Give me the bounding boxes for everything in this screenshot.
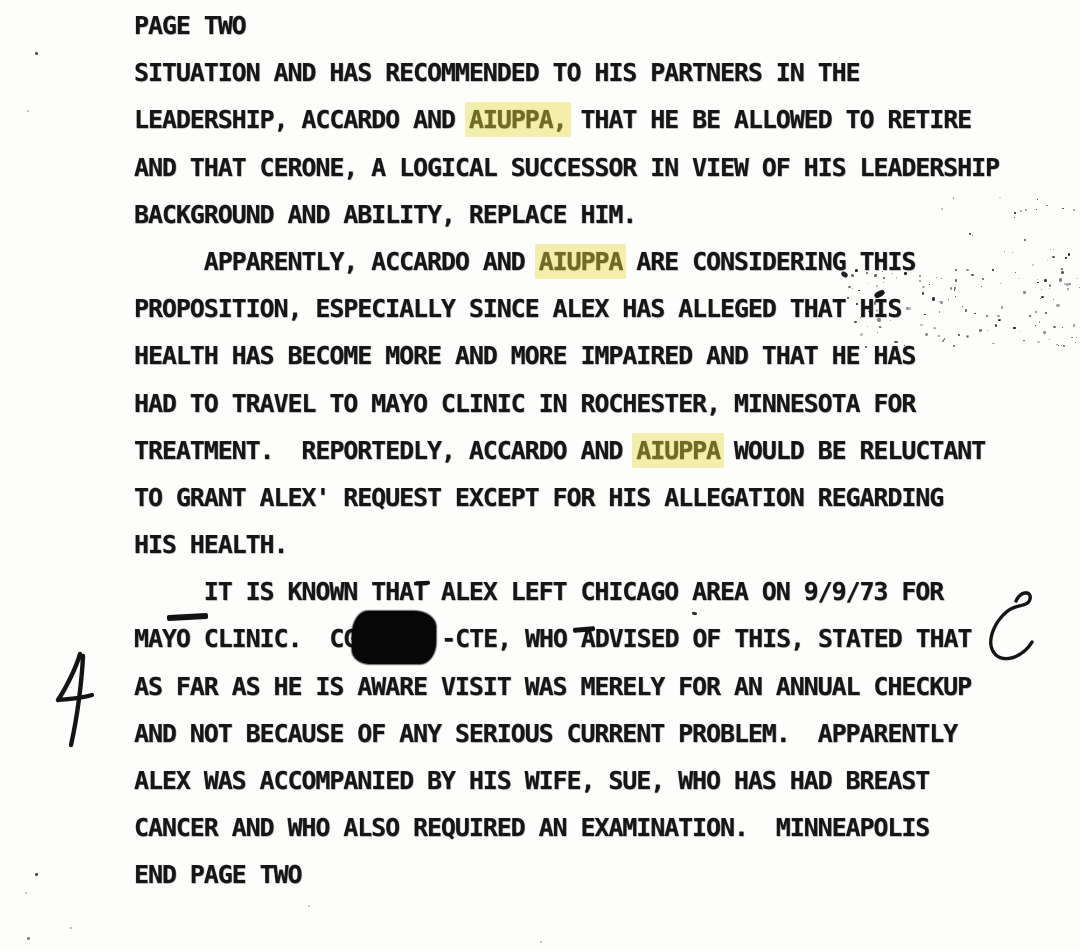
scan-speck [1059, 278, 1062, 281]
scan-speck [1014, 217, 1015, 218]
scan-speck [966, 335, 969, 338]
scan-speck [540, 941, 542, 943]
scan-speck [1037, 199, 1038, 200]
scan-speck [1013, 327, 1015, 329]
text-line: ALEX WAS ACCOMPANIED BY HIS WIFE, SUE, W… [134, 757, 999, 804]
scan-speck [877, 318, 880, 322]
scan-speck [1037, 282, 1038, 283]
scan-speck [883, 277, 885, 279]
typed-text: END PAGE TWO [134, 860, 301, 889]
typed-text: MAYO CLINIC. CG [134, 624, 357, 653]
scan-speck [876, 309, 878, 312]
scan-speck [1039, 321, 1041, 323]
text-line: HIS HEALTH. [134, 521, 999, 568]
scan-speck [892, 273, 893, 274]
scan-speck [953, 345, 955, 347]
typed-text: CANCER AND WHO ALSO REQUIRED AN EXAMINAT… [134, 813, 929, 842]
scan-speck [1073, 209, 1075, 211]
text-line: END PAGE TWO [134, 851, 999, 898]
scan-speck [1049, 339, 1050, 340]
text-line: APPARENTLY, ACCARDO AND AIUPPA ARE CONSI… [134, 238, 999, 285]
scan-speck [1073, 324, 1076, 327]
text-line: AS FAR AS HE IS AWARE VISIT WAS MERELY F… [134, 663, 999, 710]
scan-speck [971, 274, 973, 276]
highlighted-text: AIUPPA [535, 244, 627, 279]
scan-speck [1004, 251, 1005, 252]
scan-speck [1053, 326, 1055, 328]
scan-speck [1067, 248, 1068, 249]
scan-speck [1045, 312, 1048, 314]
scan-speck [1058, 345, 1059, 346]
typed-text: HIS HEALTH. [134, 530, 287, 559]
text-line: IT IS KNOWN THAT ALEX LEFT CHICAGO AREA … [134, 568, 999, 615]
scan-speck [1049, 284, 1052, 286]
typed-text: HAD TO TRAVEL TO MAYO CLINIC IN ROCHESTE… [134, 389, 915, 418]
scan-speck [1050, 249, 1051, 250]
scan-speck [1019, 278, 1020, 279]
scan-speck [904, 272, 907, 274]
scan-speck [851, 274, 854, 277]
typed-text: BACKGROUND AND ABILITY, REPLACE HIM. [134, 200, 636, 229]
typed-text: AND NOT BECAUSE OF ANY SERIOUS CURRENT P… [134, 719, 957, 748]
scan-speck [860, 333, 863, 335]
text-line: SITUATION AND HAS RECOMMENDED TO HIS PAR… [134, 49, 999, 96]
scan-speck [929, 284, 930, 285]
typed-text: SITUATION AND HAS RECOMMENDED TO HIS PAR… [134, 58, 859, 87]
scan-speck [1065, 257, 1067, 259]
scan-speck [1025, 209, 1026, 210]
text-line: MAYO CLINIC. CG-CTE, WHO ADVISED OF THIS… [134, 615, 999, 662]
scan-speck [881, 327, 882, 328]
text-line: TREATMENT. REPORTEDLY, ACCARDO AND AIUPP… [134, 427, 999, 474]
scan-speck [855, 269, 858, 272]
text-line: PAGE TWO [134, 2, 999, 49]
scan-speck [1024, 239, 1026, 241]
scan-speck [692, 612, 697, 616]
typed-text: WOULD BE RELUCTANT [720, 436, 985, 465]
scan-speck [1043, 331, 1046, 334]
scan-speck [922, 292, 924, 294]
scan-speck [856, 303, 858, 305]
typed-text: PAGE TWO [134, 11, 246, 40]
scan-speck [1049, 288, 1050, 289]
text-line: HAD TO TRAVEL TO MAYO CLINIC IN ROCHESTE… [134, 380, 999, 427]
typed-text: TO GRANT ALEX' REQUEST EXCEPT FOR HIS AL… [134, 483, 943, 512]
scan-speck [1052, 256, 1055, 258]
scan-speck [1014, 212, 1016, 213]
scan-speck [1053, 299, 1054, 300]
typed-text: APPARENTLY, ACCARDO AND [134, 247, 539, 276]
text-line: HEALTH HAS BECOME MORE AND MORE IMPAIRED… [134, 332, 999, 379]
highlighted-text: AIUPPA, [465, 102, 571, 137]
handwritten-letter-c-icon [982, 588, 1048, 670]
scan-speck [1066, 283, 1069, 285]
scanned-document: { "page": { "paper_color": "#fdfdfc", "i… [0, 0, 1080, 951]
scan-speck [1076, 337, 1077, 338]
scan-speck [1000, 283, 1001, 284]
scan-speck [1062, 327, 1063, 328]
scan-speck [1032, 264, 1034, 266]
scan-speck [35, 873, 38, 876]
scan-speck [1037, 279, 1039, 280]
scan-speck [997, 315, 1000, 317]
scan-speck [932, 297, 935, 300]
scan-speck [1029, 315, 1031, 317]
text-line: BACKGROUND AND ABILITY, REPLACE HIM. [134, 191, 999, 238]
typed-text: ARE CONSIDERING THIS [622, 247, 915, 276]
scan-speck [1041, 289, 1042, 290]
scan-speck [941, 278, 942, 279]
scan-speck [1020, 210, 1022, 212]
scan-speck [1069, 283, 1071, 285]
typed-text: HEALTH HAS BECOME MORE AND MORE IMPAIRED… [134, 341, 915, 370]
scan-speck [70, 927, 72, 929]
typed-text: LEADERSHIP, ACCARDO AND [134, 105, 469, 134]
scan-speck [847, 297, 849, 299]
scan-speck [986, 315, 988, 317]
text-line: AND NOT BECAUSE OF ANY SERIOUS CURRENT P… [134, 710, 999, 757]
scan-speck [1061, 345, 1062, 346]
scan-speck [925, 333, 928, 336]
scan-speck [972, 235, 973, 236]
scan-speck [1012, 252, 1013, 253]
scan-speck [938, 335, 940, 337]
scan-speck [1068, 253, 1070, 255]
scan-speck [969, 233, 971, 235]
scan-speck [1001, 306, 1003, 308]
typed-text: TREATMENT. REPORTEDLY, ACCARDO AND [134, 436, 636, 465]
scan-speck [999, 197, 1000, 198]
typed-text: THAT HE BE ALLOWED TO RETIRE [567, 105, 972, 134]
highlighted-text: AIUPPA [632, 433, 724, 468]
scan-speck [1046, 205, 1048, 207]
typed-text: PROPOSITION, ESPECIALLY SINCE ALEX HAS A… [134, 294, 901, 323]
text-line: AND THAT CERONE, A LOGICAL SUCCESSOR IN … [134, 144, 999, 191]
scan-speck [1075, 342, 1076, 343]
scan-speck [1036, 209, 1037, 210]
typed-text: AS FAR AS HE IS AWARE VISIT WAS MERELY F… [134, 672, 971, 701]
scan-speck [955, 296, 956, 297]
scan-speck [35, 52, 38, 55]
scan-speck [1015, 272, 1016, 273]
redaction-box [352, 611, 436, 664]
scan-speck [25, 892, 27, 894]
scan-speck [992, 343, 994, 345]
scan-speck [1062, 208, 1063, 209]
typed-text: AND THAT CERONE, A LOGICAL SUCCESSOR IN … [134, 153, 999, 182]
scan-speck [1077, 278, 1078, 279]
scan-speck [950, 287, 952, 289]
scan-speck [1071, 337, 1073, 338]
scan-speck [981, 286, 982, 287]
document-page: PAGE TWOSITUATION AND HAS RECOMMENDED TO… [0, 0, 1080, 951]
scan-speck [919, 275, 921, 277]
scan-speck [1063, 345, 1065, 347]
scan-speck [27, 110, 29, 112]
scan-speck [1023, 340, 1025, 341]
scan-speck [979, 329, 982, 332]
scan-speck [894, 341, 897, 343]
text-line: CANCER AND WHO ALSO REQUIRED AN EXAMINAT… [134, 804, 999, 851]
typed-text: IT IS KNOWN THAT ALEX LEFT CHICAGO AREA … [134, 577, 943, 606]
typed-text: -CTE, WHO ADVISED OF THIS, STATED THAT [441, 624, 971, 653]
scan-speck [1041, 296, 1044, 299]
scan-speck [27, 937, 30, 940]
scan-speck [1044, 279, 1047, 282]
text-line: LEADERSHIP, ACCARDO AND AIUPPA, THAT HE … [134, 96, 999, 143]
text-line: PROPOSITION, ESPECIALLY SINCE ALEX HAS A… [134, 285, 999, 332]
scan-speck [308, 905, 310, 907]
typed-text: ALEX WAS ACCOMPANIED BY HIS WIFE, SUE, W… [134, 766, 929, 795]
scan-speck [1061, 268, 1063, 270]
scan-speck [848, 286, 851, 288]
scan-speck [869, 312, 871, 315]
scan-speck [866, 272, 868, 273]
handwritten-number-4-icon [50, 648, 98, 750]
handwritten-dash [415, 581, 430, 586]
scan-speck [1023, 291, 1025, 293]
scan-speck [922, 286, 925, 288]
typed-lines: PAGE TWOSITUATION AND HAS RECOMMENDED TO… [134, 2, 999, 899]
scan-speck [1067, 288, 1069, 290]
scan-speck [867, 326, 868, 327]
scan-speck [974, 313, 975, 314]
scan-speck [1035, 325, 1036, 326]
text-line: TO GRANT ALEX' REQUEST EXCEPT FOR HIS AL… [134, 474, 999, 521]
scan-speck [1053, 249, 1054, 250]
scan-speck [1035, 311, 1037, 313]
scan-speck [1019, 331, 1020, 332]
scan-speck [1037, 341, 1040, 343]
scan-speck [1047, 260, 1048, 261]
scan-speck [874, 274, 877, 277]
scan-speck [1056, 304, 1059, 307]
scan-speck [1061, 271, 1064, 274]
scan-speck [854, 321, 857, 323]
scan-speck [958, 334, 960, 336]
